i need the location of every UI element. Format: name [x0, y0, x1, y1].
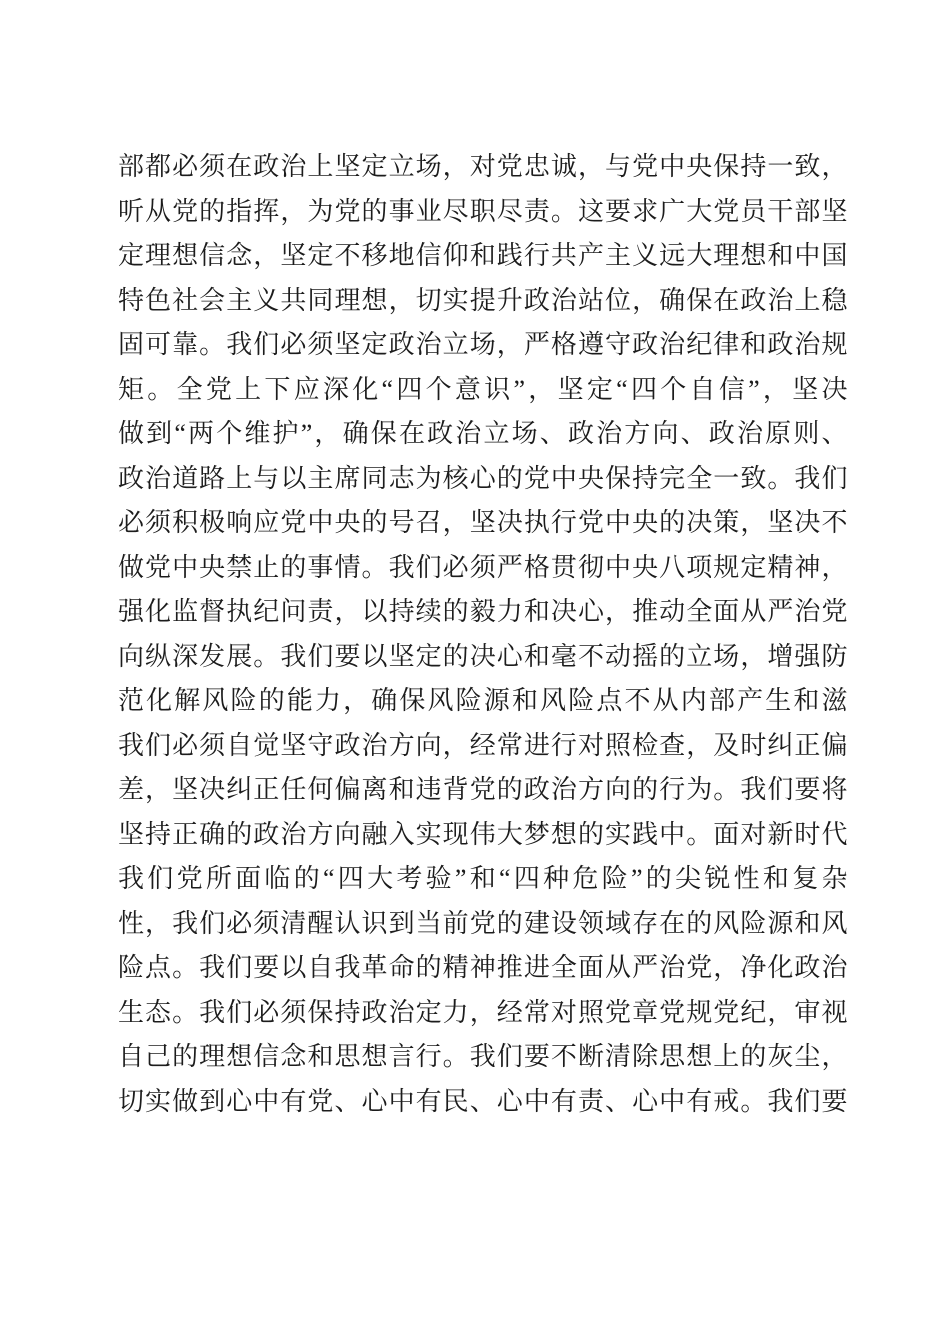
- text-line: 切实做到心中有党、心中有民、心中有责、心中有戒。我们要: [118, 1080, 848, 1125]
- text-line: 听从党的指挥，为党的事业尽职尽责。这要求广大党员干部坚: [118, 190, 848, 235]
- text-line: 做到“两个维护”，确保在政治立场、政治方向、政治原则、: [118, 412, 848, 457]
- document-text-block: 部都必须在政治上坚定立场，对党忠诚，与党中央保持一致， 听从党的指挥，为党的事业…: [118, 145, 848, 1124]
- text-line: 我们党所面临的“四大考验”和“四种危险”的尖锐性和复杂: [118, 857, 848, 902]
- text-line: 生态。我们必须保持政治定力，经常对照党章党规党纪，审视: [118, 991, 848, 1036]
- text-line: 性，我们必须清醒认识到当前党的建设领域存在的风险源和风: [118, 902, 848, 947]
- text-line: 向纵深发展。我们要以坚定的决心和毫不动摇的立场，增强防: [118, 635, 848, 680]
- text-line: 差，坚决纠正任何偏离和违背党的政治方向的行为。我们要将: [118, 768, 848, 813]
- text-line: 强化监督执纪问责，以持续的毅力和决心，推动全面从严治党: [118, 590, 848, 635]
- text-line: 自己的理想信念和思想言行。我们要不断清除思想上的灰尘，: [118, 1035, 848, 1080]
- text-line: 坚持正确的政治方向融入实现伟大梦想的实践中。面对新时代: [118, 813, 848, 858]
- text-line: 险点。我们要以自我革命的精神推进全面从严治党，净化政治: [118, 946, 848, 991]
- text-line: 我们必须自觉坚守政治方向，经常进行对照检查，及时纠正偏: [118, 724, 848, 769]
- document-page: 部都必须在政治上坚定立场，对党忠诚，与党中央保持一致， 听从党的指挥，为党的事业…: [0, 0, 950, 1344]
- text-line: 矩。全党上下应深化“四个意识”，坚定“四个自信”，坚决: [118, 368, 848, 413]
- text-line: 部都必须在政治上坚定立场，对党忠诚，与党中央保持一致，: [118, 145, 848, 190]
- text-line: 定理想信念，坚定不移地信仰和践行共产主义远大理想和中国: [118, 234, 848, 279]
- text-line: 特色社会主义共同理想，切实提升政治站位，确保在政治上稳: [118, 279, 848, 324]
- text-line: 做党中央禁止的事情。我们必须严格贯彻中央八项规定精神，: [118, 546, 848, 591]
- text-line: 必须积极响应党中央的号召，坚决执行党中央的决策，坚决不: [118, 501, 848, 546]
- text-line: 范化解风险的能力，确保风险源和风险点不从内部产生和滋生。: [118, 679, 848, 724]
- text-line: 政治道路上与以主席同志为核心的党中央保持完全一致。我们: [118, 457, 848, 502]
- text-line: 固可靠。我们必须坚定政治立场，严格遵守政治纪律和政治规: [118, 323, 848, 368]
